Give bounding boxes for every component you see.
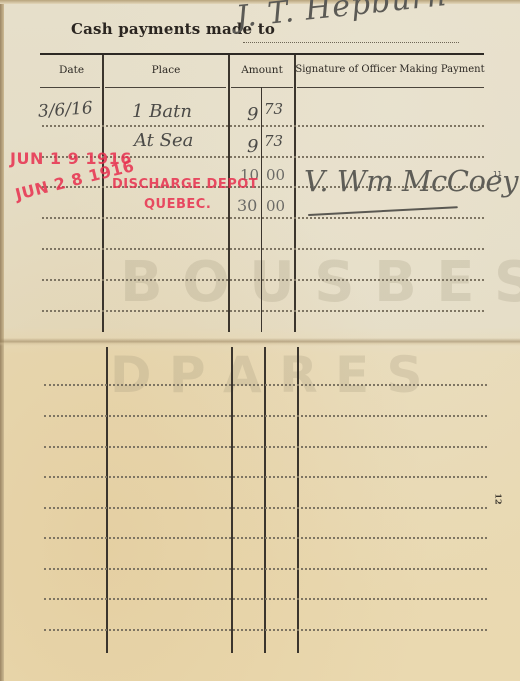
header-underline-date	[40, 87, 100, 88]
amount-dollars: 30	[237, 196, 257, 215]
table-top-rule	[40, 53, 484, 55]
row-line	[44, 598, 487, 600]
header-underline-signature	[297, 87, 484, 88]
amount-cents: 00	[266, 166, 285, 184]
payee-dotted-line	[243, 42, 459, 43]
column-divider	[102, 55, 104, 332]
row-line	[44, 629, 487, 631]
column-header-amount: Amount	[229, 64, 295, 76]
entry-place: At Sea	[134, 130, 193, 151]
column-divider-cents	[264, 347, 266, 653]
row-line	[42, 217, 484, 219]
row-line	[42, 248, 484, 250]
column-divider-cents	[261, 87, 262, 332]
row-line	[44, 507, 487, 509]
row-line	[44, 568, 487, 570]
entry-date: 3/6/16	[37, 98, 93, 122]
bleed-through-text: B O U S B E S	[120, 250, 520, 315]
amount-dollars: 9	[247, 136, 258, 157]
amount-cents: 00	[266, 197, 285, 215]
column-divider	[294, 55, 296, 332]
column-divider	[231, 347, 233, 653]
bleed-through-text: D P A R E S	[110, 346, 423, 404]
quebec-stamp: QUEBEC.	[144, 197, 211, 212]
officer-signature: V. Wm McCoey Sams	[304, 164, 520, 198]
entry-place: 1 Batn	[132, 101, 192, 122]
page-number: 12	[494, 493, 504, 504]
header-underline-amount	[231, 87, 293, 88]
row-line	[44, 476, 487, 478]
row-line	[44, 446, 487, 448]
row-line	[42, 279, 484, 281]
discharge-depot-stamp: DISCHARGE DEPOT	[112, 177, 258, 192]
column-divider	[228, 55, 230, 332]
header-underline-place	[105, 87, 226, 88]
margin-mark: 11	[493, 170, 502, 178]
amount-cents: 73	[264, 132, 283, 150]
column-header-place: Place	[103, 64, 229, 76]
column-header-date: Date	[40, 64, 103, 76]
amount-dollars: 9	[247, 104, 258, 125]
row-line	[42, 310, 484, 312]
column-header-signature: Signature of Officer Making Payment	[295, 64, 485, 75]
column-divider	[297, 347, 299, 653]
column-divider	[106, 347, 108, 653]
row-line	[44, 415, 487, 417]
page-fold	[0, 338, 520, 346]
amount-cents: 73	[264, 100, 283, 118]
row-line	[44, 537, 487, 539]
row-line	[42, 125, 484, 127]
row-line	[44, 384, 487, 386]
